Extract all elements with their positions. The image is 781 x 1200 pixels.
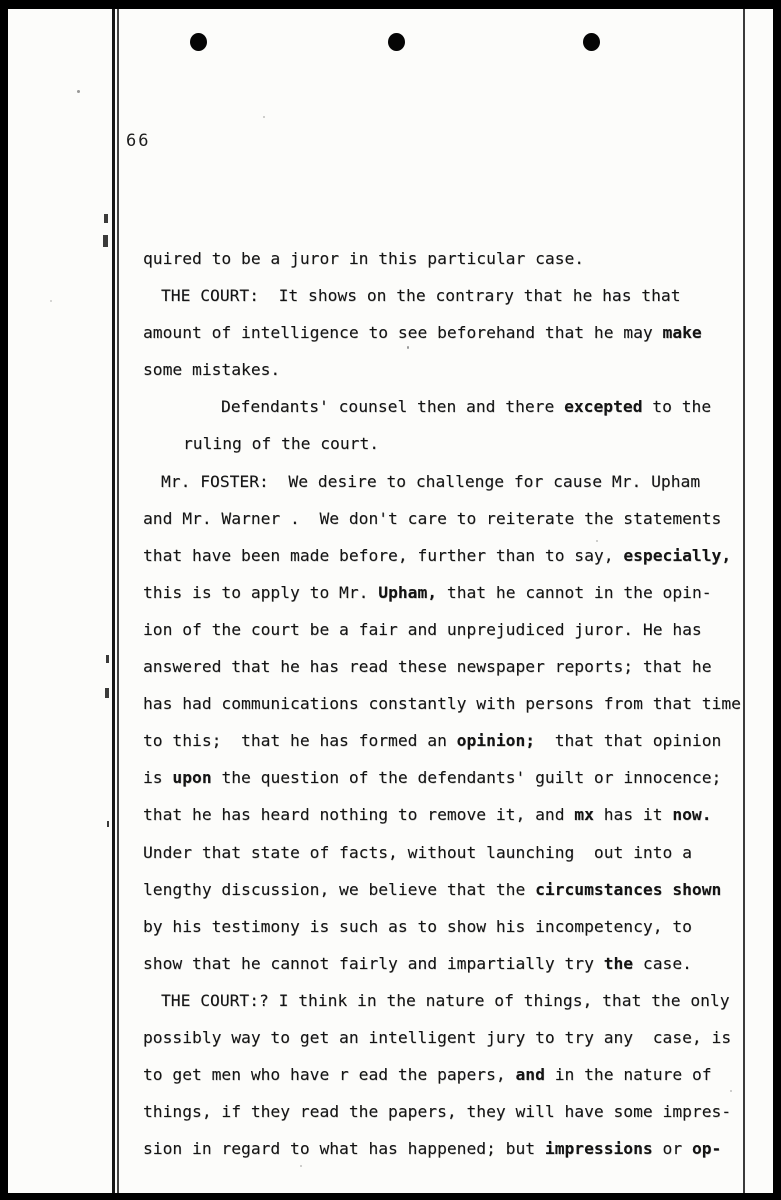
transcript-line: has had communications constantly with p…	[143, 685, 741, 722]
transcript-line: and Mr. Warner . We don't care to reiter…	[143, 500, 741, 537]
scan-artifact	[104, 214, 108, 223]
transcript-line: Defendants' counsel then and there excep…	[143, 388, 741, 425]
transcript-line: to get men who have r ead the papers, an…	[143, 1056, 741, 1093]
transcript-line: possibly way to get an intelligent jury …	[143, 1019, 741, 1056]
transcript-line: show that he cannot fairly and impartial…	[143, 945, 741, 982]
transcript-line: things, if they read the papers, they wi…	[143, 1093, 741, 1130]
scan-speck	[77, 90, 80, 93]
transcript-line: THE COURT:? I think in the nature of thi…	[143, 982, 741, 1019]
transcript-line: amount of intelligence to see beforehand…	[143, 314, 741, 351]
transcript-text: quired to be a juror in this particular …	[143, 240, 741, 1167]
left-margin-rule-inner	[117, 9, 119, 1193]
transcript-line: Mr. FOSTER: We desire to challenge for c…	[143, 463, 741, 500]
transcript-line: ion of the court be a fair and unprejudi…	[143, 611, 741, 648]
scan-artifact	[103, 235, 108, 247]
transcript-line: Under that state of facts, without launc…	[143, 834, 741, 871]
transcript-line: lengthy discussion, we believe that the …	[143, 871, 741, 908]
transcript-line: this is to apply to Mr. Upham, that he c…	[143, 574, 741, 611]
scan-speck	[50, 300, 52, 302]
transcript-line: to this; that he has formed an opinion; …	[143, 722, 741, 759]
scan-speck	[263, 116, 265, 118]
transcript-line: some mistakes.	[143, 351, 741, 388]
right-margin-rule	[743, 9, 745, 1193]
scanned-transcript-page: { "scan": { "page_number": "66", "binder…	[0, 0, 781, 1200]
transcript-line: that have been made before, further than…	[143, 537, 741, 574]
scan-artifact	[107, 821, 109, 827]
paper: 66 quired to be a juror in this particul…	[8, 9, 773, 1193]
transcript-line: THE COURT: It shows on the contrary that…	[143, 277, 741, 314]
transcript-line: quired to be a juror in this particular …	[143, 240, 741, 277]
left-margin-rule	[112, 9, 115, 1193]
scan-artifact	[105, 688, 109, 698]
transcript-line: is upon the question of the defendants' …	[143, 759, 741, 796]
transcript-line: sion in regard to what has happened; but…	[143, 1130, 741, 1167]
transcript-line: ruling of the court.	[143, 425, 741, 462]
page-number: 66	[126, 131, 150, 151]
transcript-line: by his testimony is such as to show his …	[143, 908, 741, 945]
transcript-line: answered that he has read these newspape…	[143, 648, 741, 685]
binder-hole-icon	[583, 33, 600, 51]
transcript-line: that he has heard nothing to remove it, …	[143, 796, 741, 833]
binder-hole-icon	[388, 33, 405, 51]
binder-hole-icon	[190, 33, 207, 51]
scan-artifact	[106, 655, 109, 663]
